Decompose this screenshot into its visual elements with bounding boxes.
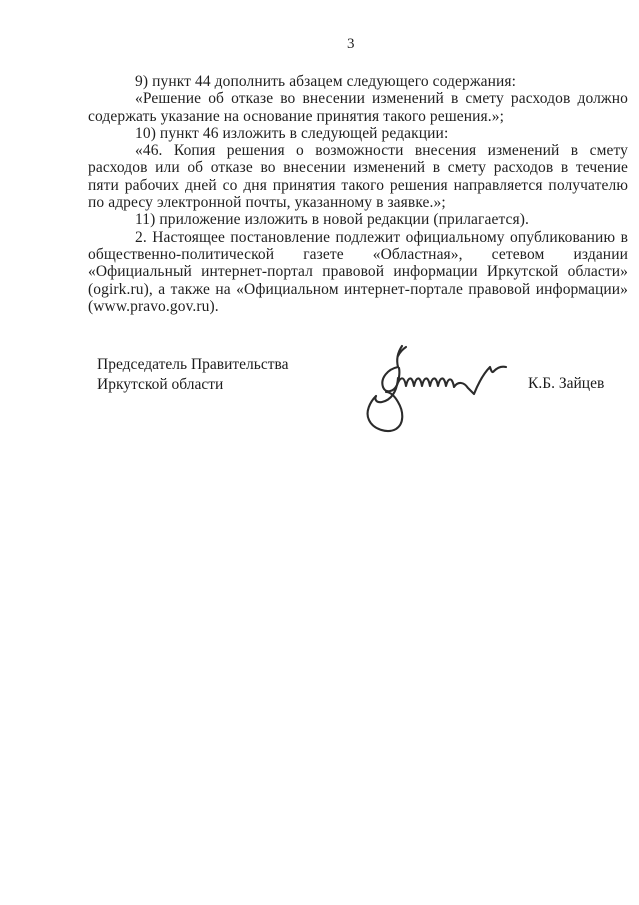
- document-line: 2. Настоящее постановление подлежит офиц…: [88, 229, 628, 246]
- document-line: «Решение об отказе во внесении изменений…: [88, 90, 628, 107]
- signer-position-line2: Иркутской области: [97, 375, 289, 395]
- document-line: 11) приложение изложить в новой редакции…: [88, 211, 628, 228]
- document-line: содержать указание на основание принятия…: [88, 108, 628, 125]
- document-line: пяти рабочих дней со дня принятия такого…: [88, 177, 628, 194]
- document-line: 9) пункт 44 дополнить абзацем следующего…: [88, 73, 628, 90]
- document-line: общественно-политической газете «Областн…: [88, 246, 628, 263]
- document-line: «46. Копия решения о возможности внесени…: [88, 142, 628, 159]
- document-body: 9) пункт 44 дополнить абзацем следующего…: [88, 73, 628, 315]
- document-line: расходов или об отказе во внесении измен…: [88, 159, 628, 176]
- document-line: «Официальный интернет-портал правовой ин…: [88, 263, 628, 280]
- handwritten-signature-icon: [360, 340, 520, 440]
- scanned-document-page: 3 9) пункт 44 дополнить абзацем следующе…: [0, 0, 639, 905]
- document-line: по адресу электронной почты, указанному …: [88, 194, 628, 211]
- document-line: 10) пункт 46 изложить в следующей редакц…: [88, 125, 628, 142]
- page-number: 3: [347, 36, 355, 53]
- signer-position-line1: Председатель Правительства: [97, 355, 289, 375]
- document-line: (www.pravo.gov.ru).: [88, 298, 628, 315]
- document-line: (ogirk.ru), а также на «Официальном инте…: [88, 281, 628, 298]
- signer-name: К.Б. Зайцев: [528, 375, 604, 393]
- signer-position: Председатель Правительства Иркутской обл…: [97, 355, 289, 394]
